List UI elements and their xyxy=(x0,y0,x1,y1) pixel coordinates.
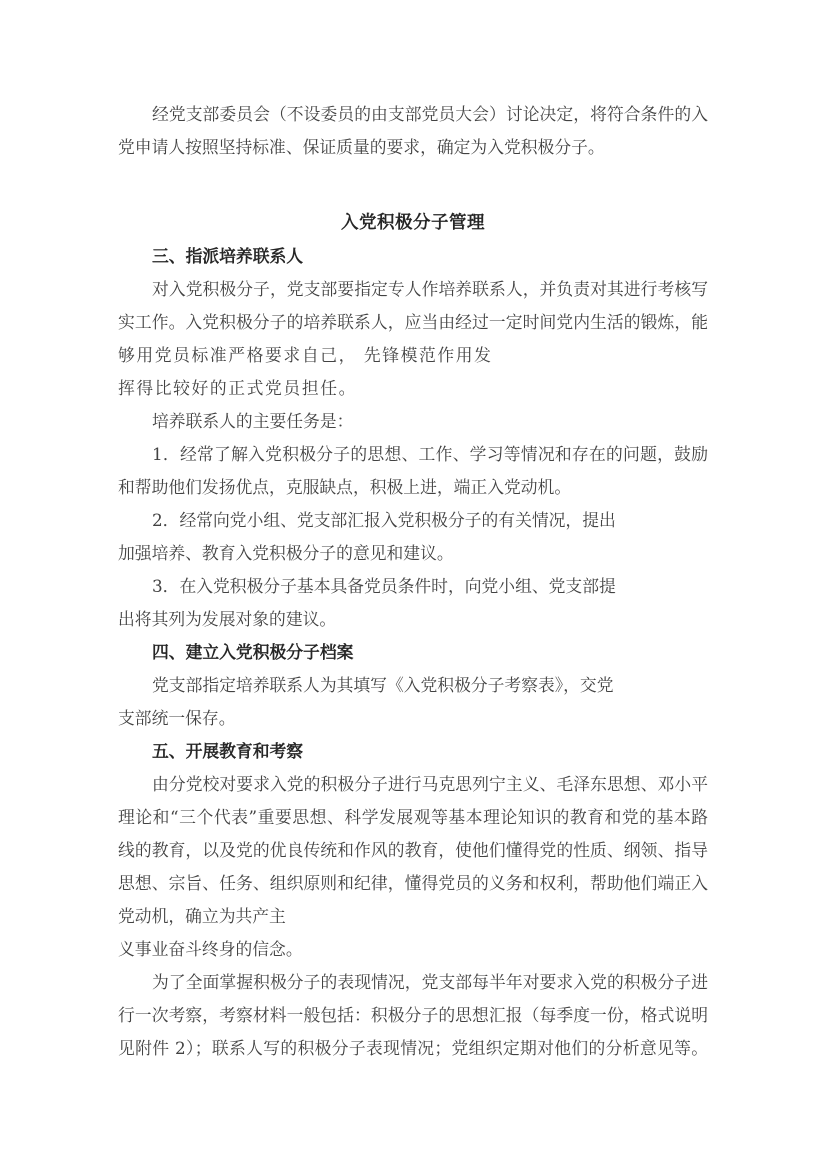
task-3-line-1: 3．在入党积极分子基本具备党员条件时，向党小组、党支部提 xyxy=(118,570,708,603)
task-2-line-2: 加强培养、教育入党积极分子的意见和建议。 xyxy=(118,537,708,570)
section-5-para2-line-2: 行一次考察，考察材料一般包括：积极分子的思想汇报（每季度一份，格式说明 xyxy=(118,999,708,1032)
section-4-heading: 四、建立入党积极分子档案 xyxy=(118,636,708,669)
section-5-para1-line-2: 理论和“三个代表”重要思想、科学发展观等基本理论知识的教育和党的基本路 xyxy=(118,801,708,834)
section-3-para-line-3: 够用党员标准严格要求自己， 先锋模范作用发 xyxy=(118,339,708,372)
section-5-para1-line-3: 线的教育，以及党的优良传统和作风的教育，使他们懂得党的性质、纲领、指导 xyxy=(118,834,708,867)
section-5-para2-line-1: 为了全面掌握积极分子的表现情况，党支部每半年对要求入党的积极分子进 xyxy=(118,966,708,999)
section-3-tasks-intro: 培养联系人的主要任务是： xyxy=(118,405,708,438)
task-1-line-2: 和帮助他们发扬优点，克服缺点，积极上进，端正入党动机。 xyxy=(118,471,708,504)
task-1-line-1: 1．经常了解入党积极分子的思想、工作、学习等情况和存在的问题，鼓励 xyxy=(118,438,708,471)
section-4-para-line-2: 支部统一保存。 xyxy=(118,702,708,735)
section-5-para1-line-5: 党动机，确立为共产主 xyxy=(118,900,708,933)
section-3-para-line-1: 对入党积极分子，党支部要指定专人作培养联系人，并负责对其进行考核写 xyxy=(118,273,708,306)
document-page: 经党支部委员会（不设委员的由支部党员大会）讨论决定，将符合条件的入 党申请人按照… xyxy=(0,0,826,1169)
task-3-line-2: 出将其列为发展对象的建议。 xyxy=(118,603,708,636)
task-2-line-1: 2．经常向党小组、党支部汇报入党积极分子的有关情况，提出 xyxy=(118,504,708,537)
section-3-para-line-2: 实工作。入党积极分子的培养联系人，应当由经过一定时间党内生活的锻炼，能 xyxy=(118,306,708,339)
section-5-para1-line-1: 由分党校对要求入党的积极分子进行马克思列宁主义、毛泽东思想、邓小平 xyxy=(118,768,708,801)
section-5-para1-line-6: 义事业奋斗终身的信念。 xyxy=(118,933,708,966)
section-3-heading: 三、指派培养联系人 xyxy=(118,240,708,273)
section-5-para2-line-3: 见附件 2）；联系人写的积极分子表现情况；党组织定期对他们的分析意见等。 xyxy=(118,1032,708,1065)
section-5-para1-line-4: 思想、宗旨、任务、组织原则和纪律，懂得党员的义务和权利，帮助他们端正入 xyxy=(118,867,708,900)
section-5-heading: 五、开展教育和考察 xyxy=(118,735,708,768)
section-4-para-line-1: 党支部指定培养联系人为其填写《入党积极分子考察表》，交党 xyxy=(118,669,708,702)
section-3-para-line-4: 挥得比较好的正式党员担任。 xyxy=(118,372,708,405)
document-title: 入党积极分子管理 xyxy=(118,207,708,240)
intro-line-2: 党申请人按照坚持标准、保证质量的要求，确定为入党积极分子。 xyxy=(118,131,708,164)
intro-line-1: 经党支部委员会（不设委员的由支部党员大会）讨论决定，将符合条件的入 xyxy=(118,98,708,131)
